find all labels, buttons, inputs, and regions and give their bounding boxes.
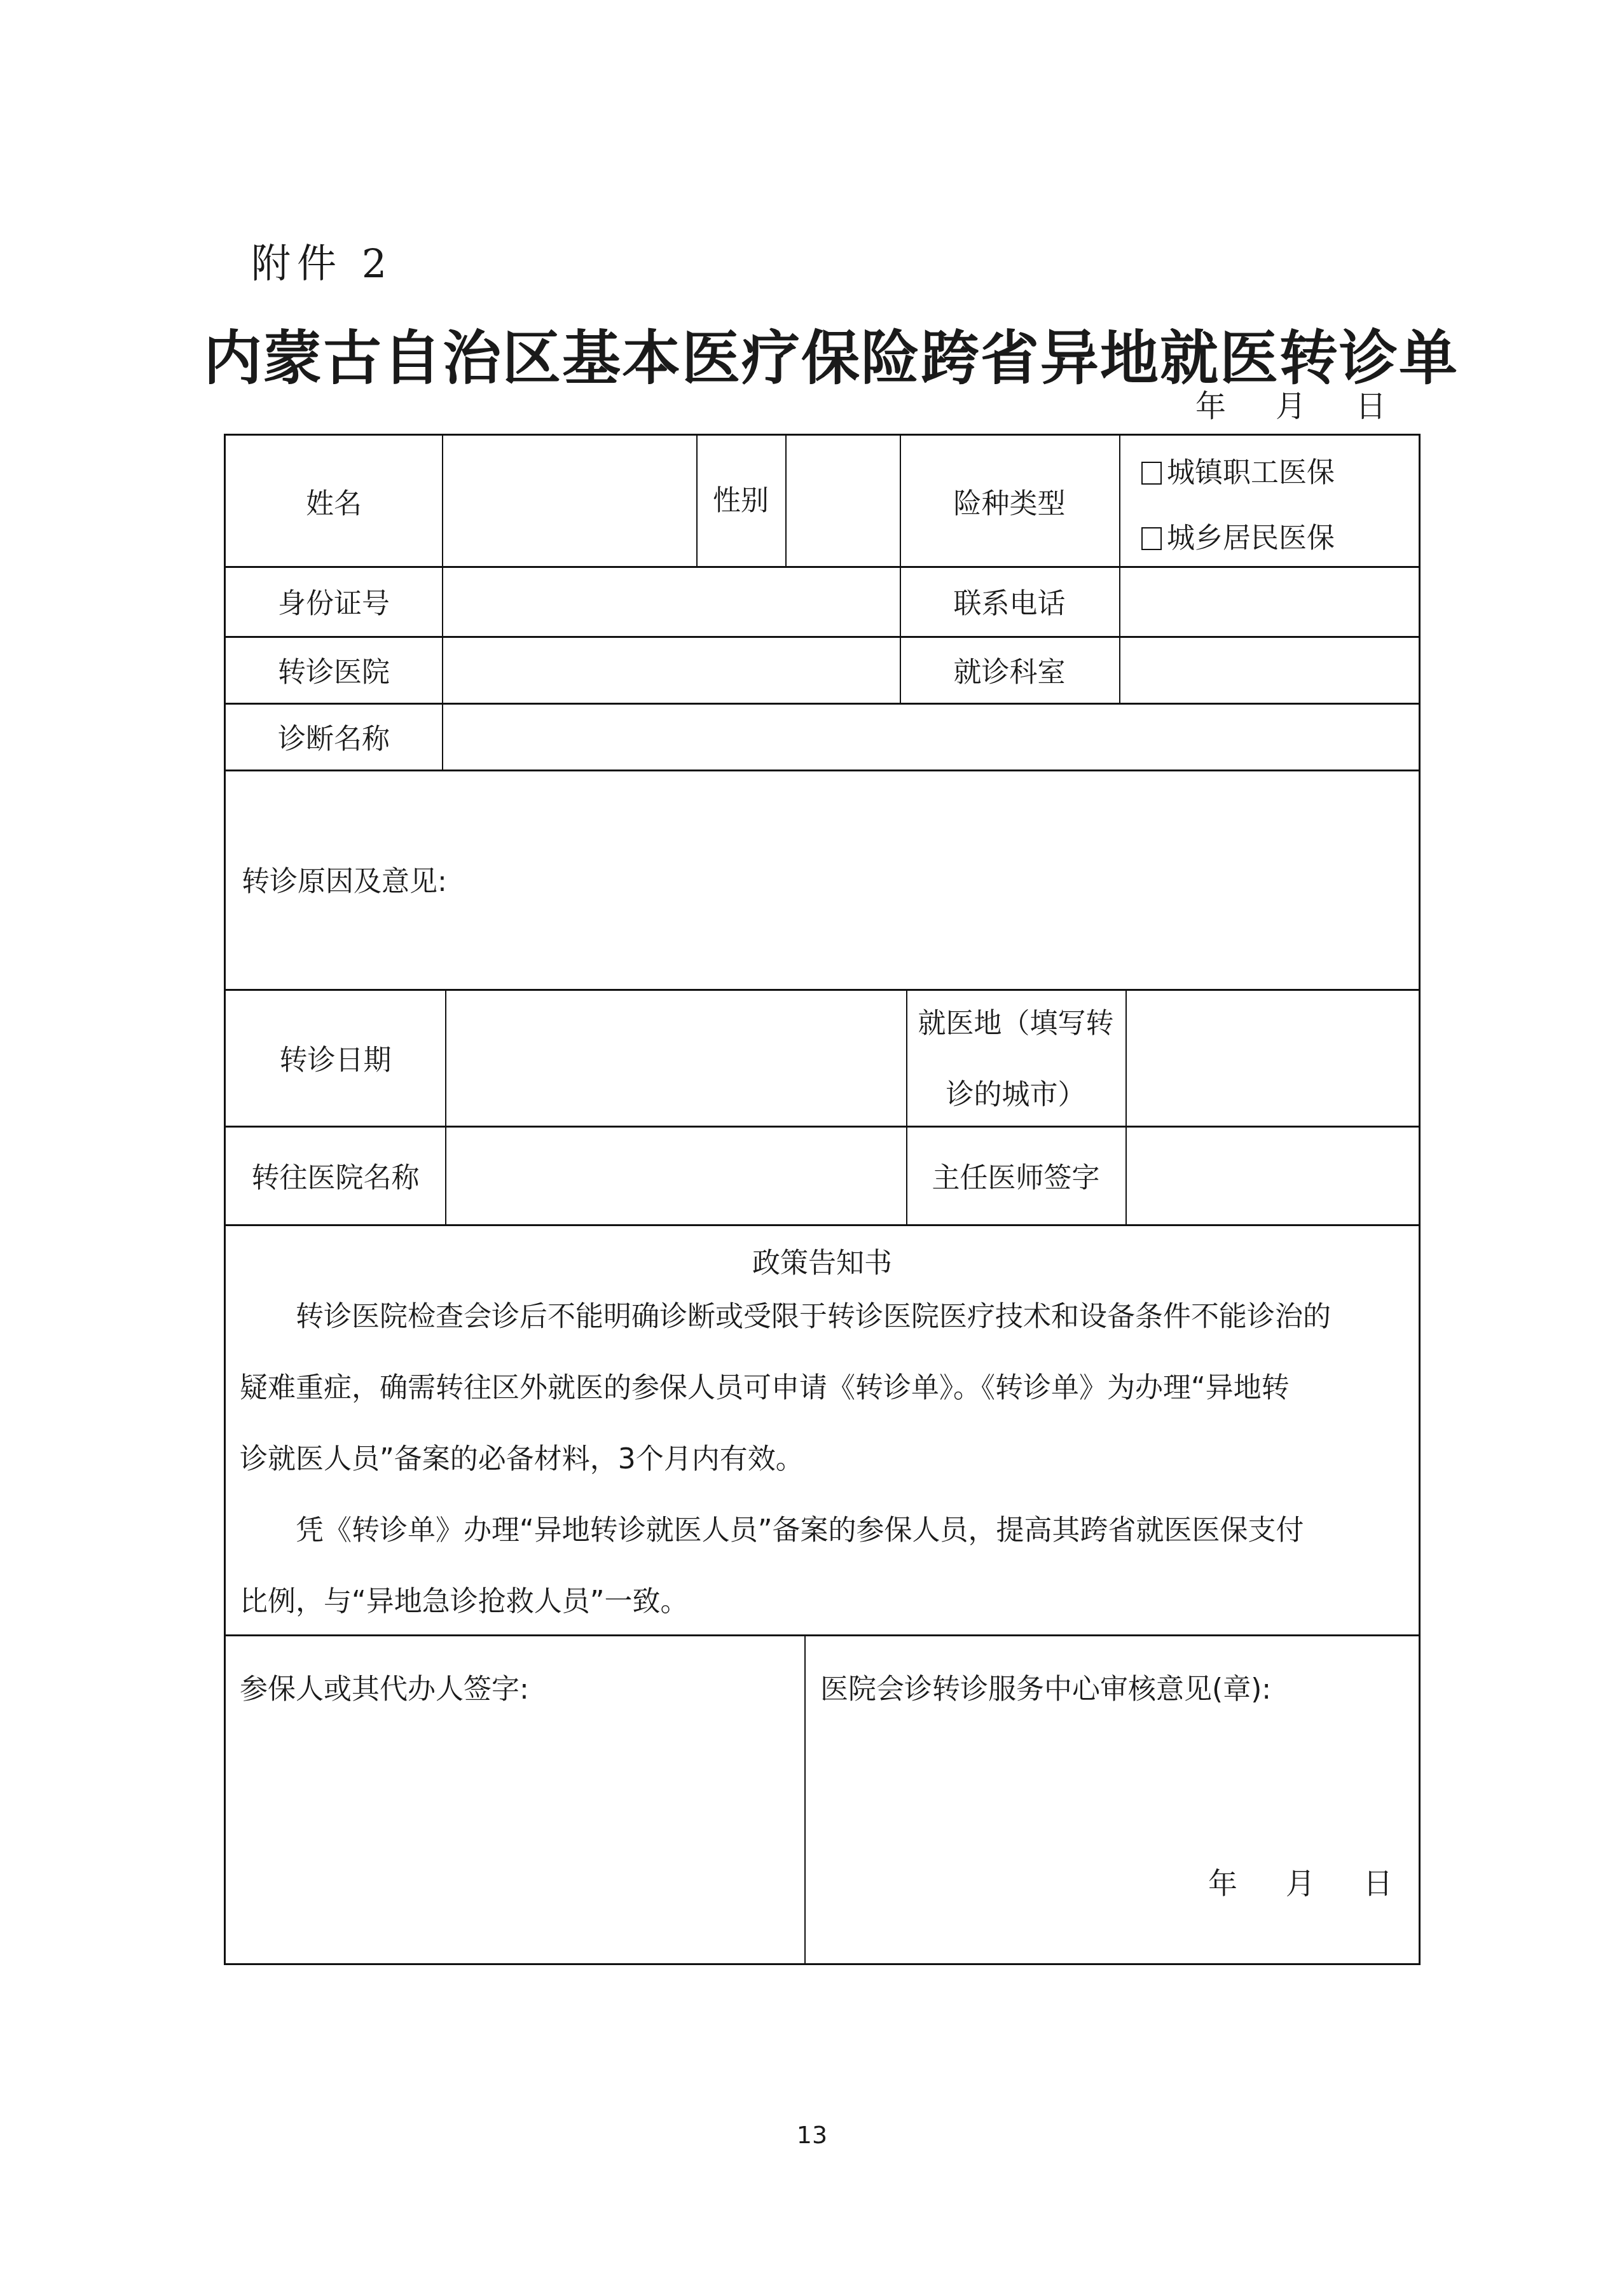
month-label: 月	[1286, 1860, 1315, 1902]
policy-line: 疑难重症，确需转往区外就医的参保人员可申请《转诊单》。《转诊单》为办理“异地转	[240, 1353, 1391, 1424]
month-label: 月	[1276, 382, 1306, 425]
diagnosis-field[interactable]	[442, 703, 1418, 770]
department-label: 就诊科室	[900, 636, 1119, 703]
location-label-line1: 就医地（填写转	[906, 1000, 1125, 1041]
treatment-location-label: 就医地（填写转 诊的城市）	[906, 989, 1125, 1126]
gender-field[interactable]	[785, 436, 900, 566]
gender-label: 性别	[696, 436, 785, 566]
year-label: 年	[1208, 1860, 1237, 1902]
id-number-label: 身份证号	[226, 566, 442, 636]
year-label: 年	[1195, 382, 1226, 425]
insurance-option-employee[interactable]: 城镇职工医保	[1141, 450, 1335, 490]
day-label: 日	[1363, 1860, 1393, 1902]
name-label: 姓名	[226, 436, 442, 566]
id-number-field[interactable]	[442, 566, 900, 636]
policy-heading: 政策告知书	[226, 1240, 1419, 1281]
day-label: 日	[1356, 382, 1386, 425]
referral-date-label: 转诊日期	[226, 989, 445, 1126]
option-label: 城乡居民医保	[1167, 522, 1335, 555]
referring-hospital-label: 转诊医院	[226, 636, 442, 703]
row-divider	[226, 1224, 1419, 1226]
referral-date-field[interactable]	[445, 989, 906, 1126]
policy-line: 比例，与“异地急诊抢救人员”一致。	[240, 1566, 1391, 1638]
option-label: 城镇职工医保	[1167, 457, 1335, 489]
treatment-location-field[interactable]	[1125, 989, 1418, 1126]
insured-signature-field[interactable]	[226, 1634, 804, 1965]
phone-label: 联系电话	[900, 566, 1119, 636]
referring-hospital-field[interactable]	[442, 636, 900, 703]
referral-form-table: 姓名 性别 险种类型 城镇职工医保 城乡居民医保 身份证号 联系电话 转诊医院 …	[224, 434, 1421, 1965]
policy-line: 诊就医人员”备案的必备材料，3个月内有效。	[240, 1424, 1391, 1495]
center-review-field[interactable]	[804, 1634, 1419, 1965]
checkbox-employee[interactable]	[1141, 462, 1162, 485]
policy-line: 转诊医院检查会诊后不能明确诊断或受限于转诊医院医疗技术和设备条件不能诊治的	[240, 1281, 1391, 1353]
insurance-option-resident[interactable]: 城乡居民医保	[1141, 515, 1335, 556]
referral-reason-field[interactable]	[226, 770, 1419, 989]
diagnosis-label: 诊断名称	[226, 703, 442, 770]
location-label-line2: 诊的城市）	[906, 1072, 1125, 1112]
department-field[interactable]	[1119, 636, 1418, 703]
chief-doctor-sign-label: 主任医师签字	[906, 1126, 1125, 1224]
policy-line: 凭《转诊单》办理“异地转诊就医人员”备案的参保人员，提高其跨省就医医保支付	[240, 1495, 1391, 1566]
review-date: 年 月 日	[1208, 1860, 1393, 1902]
phone-field[interactable]	[1119, 566, 1418, 636]
target-hospital-field[interactable]	[445, 1126, 906, 1224]
page-number: 13	[0, 2121, 1624, 2149]
chief-doctor-sign-field[interactable]	[1125, 1126, 1418, 1224]
attachment-label: 附件 2	[251, 232, 393, 289]
policy-text: 转诊医院检查会诊后不能明确诊断或受限于转诊医院医疗技术和设备条件不能诊治的 疑难…	[240, 1281, 1391, 1638]
insurance-type-label: 险种类型	[900, 436, 1119, 566]
header-date: 年 月 日	[1195, 382, 1386, 425]
name-field[interactable]	[442, 436, 696, 566]
checkbox-resident[interactable]	[1141, 527, 1162, 550]
target-hospital-label: 转往医院名称	[226, 1126, 445, 1224]
